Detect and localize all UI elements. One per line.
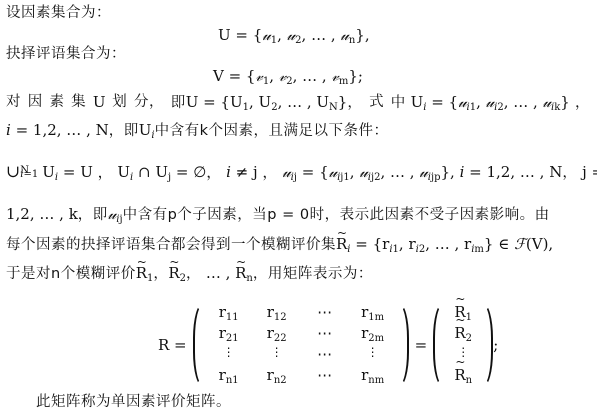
partition-condition-line: i = 1,2, … , N，即Ui中含有k个因素，且满足以下条件： bbox=[6, 120, 389, 141]
vector-grid: R1 R2 ⋮ Rn bbox=[443, 303, 483, 387]
formula-evaluation-set: V = {𝓋1, 𝓋2, … , 𝓋m}; bbox=[213, 65, 363, 87]
intro-evaluation-set-text: 抉择评语集合为： bbox=[6, 44, 126, 64]
matrix-equals: = bbox=[415, 336, 428, 354]
fuzzy-evaluation-set-line: 每个因素的抉择评语集合都会得到一个模糊评价集Ri = {ri1, ri2, … … bbox=[6, 234, 553, 255]
vector-right-paren bbox=[483, 303, 493, 387]
formula-factor-set: U = {𝓊1, 𝓊2, … , 𝓊n}, bbox=[218, 24, 370, 46]
evaluation-matrix: R = r11r12⋯r1m r21r22⋯r2m ⋮⋮⋯⋮ rn1rn2⋯rn… bbox=[158, 302, 498, 388]
matrix-intro-line: 于是对n个模糊评价R1，R2， … , Rn，用矩阵表示为： bbox=[6, 263, 373, 284]
matrix-conclusion-text: 此矩阵称为单因素评价矩阵。 bbox=[36, 392, 231, 412]
vector-left-paren bbox=[433, 303, 443, 387]
intro-factor-set-text: 设因素集合为： bbox=[6, 3, 111, 23]
subfactor-description-line: 1,2, … , k，即𝓊ij中含有p个子因素，当p = 0时，表示此因素不受子… bbox=[6, 204, 550, 225]
matrix-end: ; bbox=[493, 336, 498, 354]
left-paren bbox=[193, 303, 203, 387]
matrix-grid: r11r12⋯r1m r21r22⋯r2m ⋮⋮⋯⋮ rn1rn2⋯rnm bbox=[203, 303, 399, 387]
partition-paragraph-line: 对因素集U划分， 即U = {U1, U2, … , UN}， 式 中 Ui =… bbox=[6, 92, 590, 113]
matrix-lhs: R = bbox=[158, 336, 187, 354]
partition-conditions-formula: ∪Ni=1Ui = U ， Ui ∩ Uj = ∅， i ≠ j ， 𝓊ij =… bbox=[6, 160, 597, 185]
right-paren bbox=[399, 303, 409, 387]
